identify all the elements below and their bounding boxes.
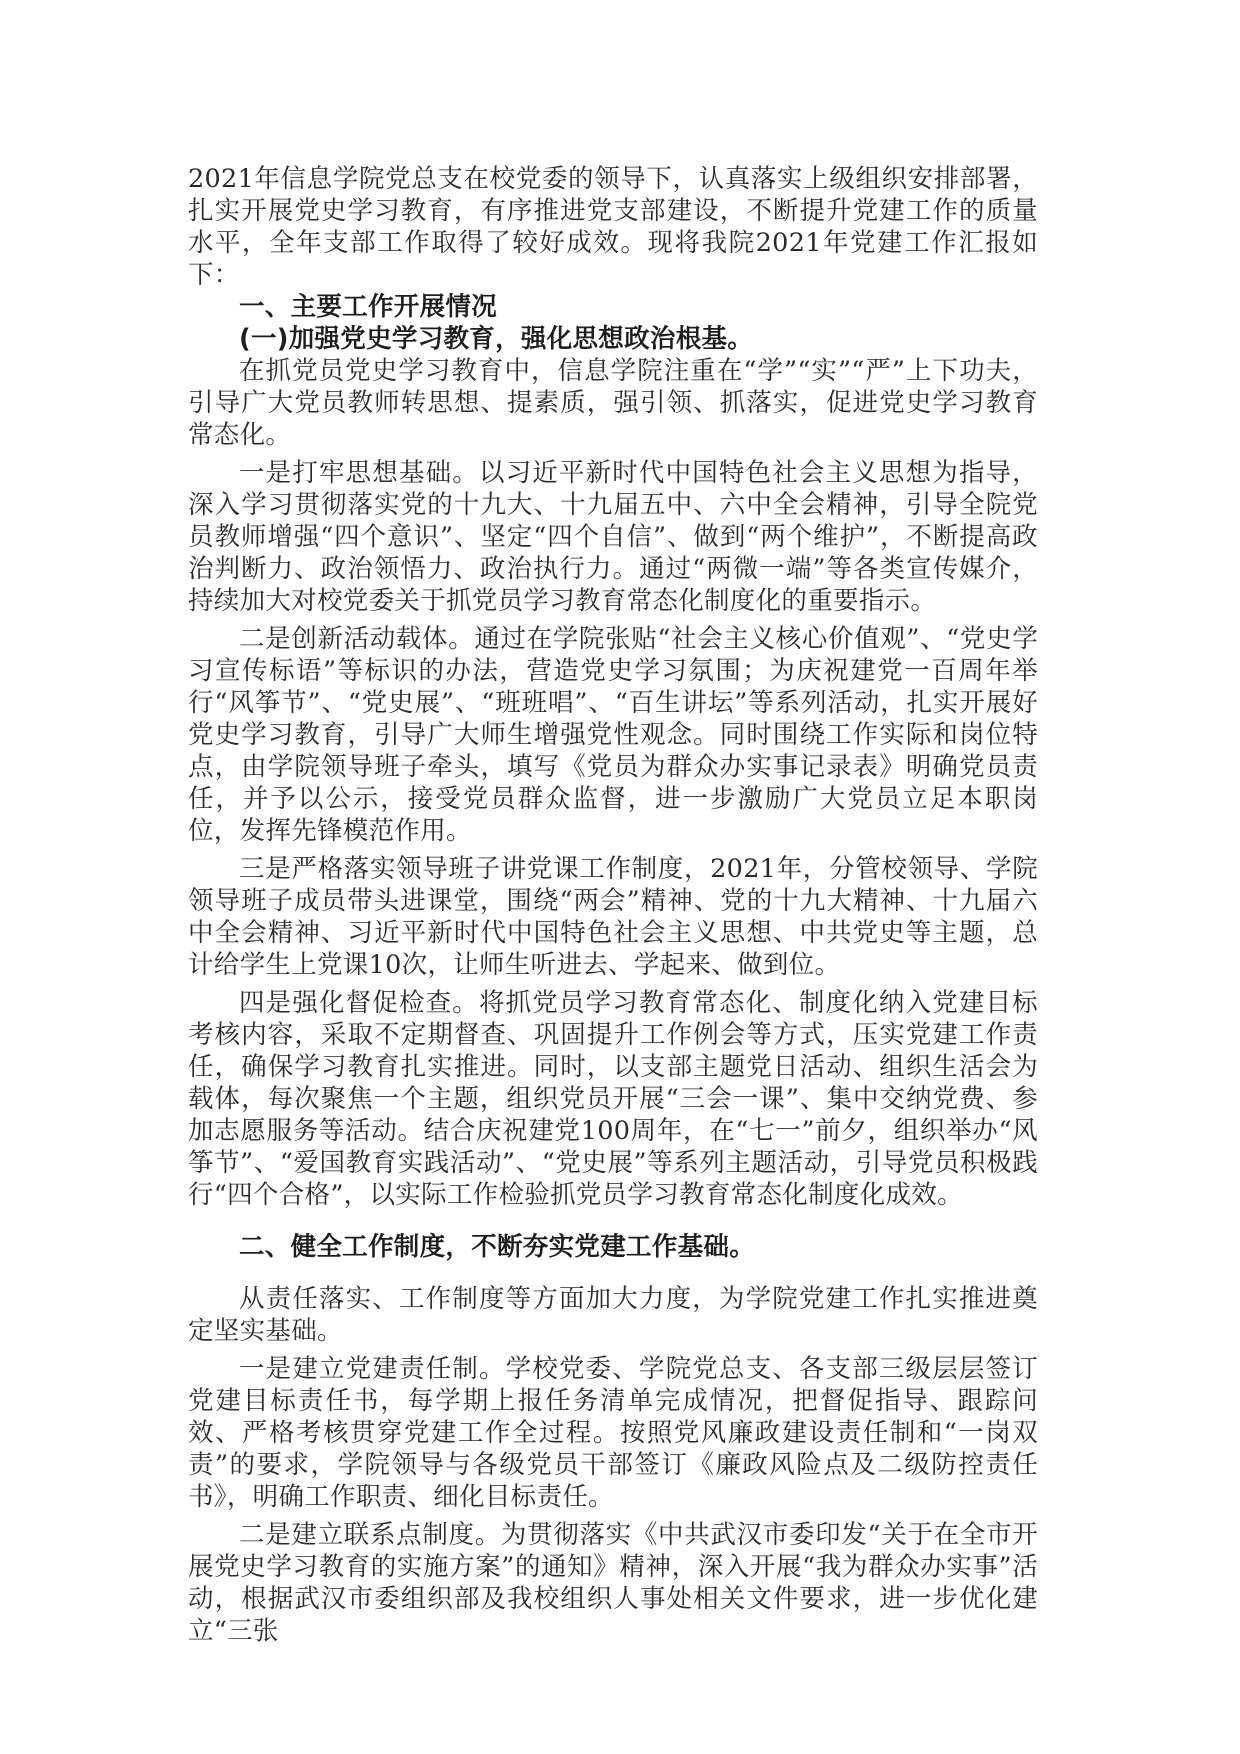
section-2-heading: 二、健全工作制度，不断夯实党建工作基础。 (188, 1231, 1038, 1263)
document-page: 2021年信息学院党总支在校党委的领导下，认真落实上级组织安排部署，扎实开展党史… (188, 163, 1038, 1647)
body-paragraph: 从责任落实、工作制度等方面加大力度，为学院党建工作扎实推进奠定坚实基础。 (188, 1283, 1038, 1347)
body-paragraph: 在抓党员党史学习教育中，信息学院注重在“学”“实”“严”上下功夫，引导广大党员教… (188, 355, 1038, 451)
body-paragraph: 一是打牢思想基础。以习近平新时代中国特色社会主义思想为指导，深入学习贯彻落实党的… (188, 457, 1038, 617)
section-1-heading: 一、主要工作开展情况 (188, 291, 1038, 323)
body-paragraph: 二是建立联系点制度。为贯彻落实《中共武汉市委印发“关于在全市开展党史学习教育的实… (188, 1519, 1038, 1647)
body-paragraph: 一是建立党建责任制。学校党委、学院党总支、各支部三级层层签订党建目标责任书，每学… (188, 1353, 1038, 1513)
section-1-subheading: (一)加强党史学习教育，强化思想政治根基。 (188, 323, 1038, 355)
body-paragraph: 三是严格落实领导班子讲党课工作制度，2021年，分管校领导、学院领导班子成员带头… (188, 853, 1038, 981)
body-paragraph: 二是创新活动载体。通过在学院张贴“社会主义核心价值观”、“党史学习宣传标语”等标… (188, 623, 1038, 847)
body-paragraph: 四是强化督促检查。将抓党员学习教育常态化、制度化纳入党建目标考核内容，采取不定期… (188, 987, 1038, 1211)
intro-paragraph: 2021年信息学院党总支在校党委的领导下，认真落实上级组织安排部署，扎实开展党史… (188, 163, 1038, 291)
